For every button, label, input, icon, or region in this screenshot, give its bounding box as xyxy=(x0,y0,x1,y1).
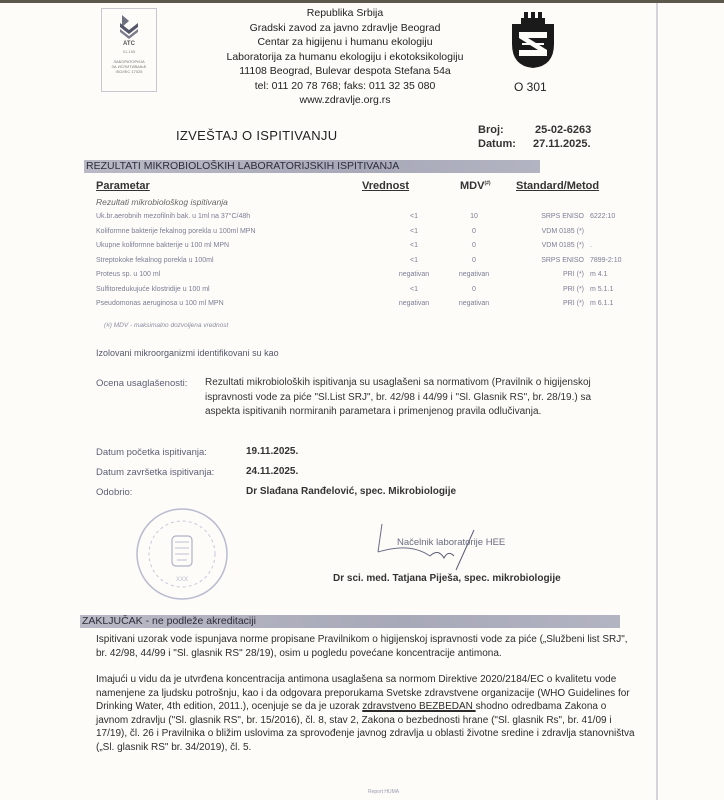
end-date-value: 24.11.2025. xyxy=(246,466,298,477)
table-row: Proteus sp. u 100 mlnegativannegativanPR… xyxy=(0,271,724,285)
value-cell: <1 xyxy=(384,286,444,293)
column-parameter: Parametar xyxy=(96,180,150,192)
value-cell: <1 xyxy=(384,242,444,249)
accreditation-line: ISO/IEC 17025 xyxy=(112,69,147,74)
report-title: IZVEŠTAJ O ISPITIVANJU xyxy=(176,128,337,143)
mdv-cell: 0 xyxy=(444,257,504,264)
mdv-cell: 10 xyxy=(444,213,504,220)
svg-text:XXX: XXX xyxy=(176,577,188,583)
value-cell: <1 xyxy=(384,228,444,235)
accreditation-chevron-icon xyxy=(118,13,140,39)
standard-cell: VDM 0185 (*) xyxy=(500,228,584,235)
standard-cell: VDM 0185 (*) xyxy=(500,242,584,249)
standard-cell: SRPS ENISO xyxy=(500,257,584,264)
document-page: ATC 01-155 ЛАБОРАТОРИЈА ЗА ИСПИТИВАЊЕ IS… xyxy=(0,0,724,800)
org-address: 11108 Beograd, Bulevar despota Stefana 5… xyxy=(200,64,490,79)
conclusion-paragraph-1: Ispitivani uzorak vode ispunjava norme p… xyxy=(96,633,636,660)
org-country: Republika Srbija xyxy=(200,6,490,21)
value-cell: <1 xyxy=(384,257,444,264)
column-mdv-label: MDV xyxy=(460,180,484,192)
value-cell: negativan xyxy=(384,271,444,278)
method-cell: m 5.1.1 xyxy=(590,286,613,293)
report-date-value: 27.11.2025. xyxy=(533,138,591,150)
column-standard: Standard/Metod xyxy=(516,180,599,192)
start-date-value: 19.11.2025. xyxy=(246,446,298,457)
conclusion-paragraph-2: Imajući u vidu da je utvrđena koncentrac… xyxy=(96,673,636,754)
table-row: Streptokoke fekalnog porekla u 100ml<10S… xyxy=(0,257,724,271)
parameter-cell: Koliformne bakterije fekalnog porekla u … xyxy=(96,228,256,235)
table-row: Pseudomonas aeruginosa u 100 ml MPNnegat… xyxy=(0,300,724,314)
parameter-cell: Pseudomonas aeruginosa u 100 ml MPN xyxy=(96,300,224,307)
mdv-cell: 0 xyxy=(444,228,504,235)
parameter-cell: Proteus sp. u 100 ml xyxy=(96,271,160,278)
footer-note: Report HUMA xyxy=(368,789,399,795)
table-row: Sulfitoredukujuće klostridije u 100 ml<1… xyxy=(0,286,724,300)
report-number-value: 25-02-6263 xyxy=(535,124,591,136)
accreditation-logo: ATC 01-155 ЛАБОРАТОРИЈА ЗА ИСПИТИВАЊЕ IS… xyxy=(101,8,157,92)
assessment-text: Rezultati mikrobioloških ispitivanja su … xyxy=(205,376,625,420)
parameter-cell: Streptokoke fekalnog porekla u 100ml xyxy=(96,257,214,264)
mdv-cell: 0 xyxy=(444,286,504,293)
org-phone: tel: 011 20 78 768; faks: 011 32 35 080 xyxy=(200,79,490,94)
method-cell: 6222:10 xyxy=(590,213,615,220)
column-mdv: MDV(#) xyxy=(460,180,491,192)
standard-cell: PRI (*) xyxy=(500,300,584,307)
isolated-organisms-note: Izolovani mikroorganizmi identifikovani … xyxy=(96,348,279,358)
column-value: Vrednost xyxy=(362,180,409,192)
mdv-cell: 0 xyxy=(444,242,504,249)
column-mdv-footnote-mark: (#) xyxy=(484,180,490,186)
value-cell: <1 xyxy=(384,213,444,220)
start-date-label: Datum početka ispitivanja: xyxy=(96,447,207,458)
org-institute: Gradski zavod za javno zdravlje Beograd xyxy=(200,21,490,36)
results-subheading: Rezultati mikrobiološkog ispitivanja xyxy=(96,197,228,207)
org-laboratory: Laboratorija za humanu ekologiju i ekoto… xyxy=(200,50,490,65)
document-code: O 301 xyxy=(514,80,547,94)
belgrade-coat-of-arms-icon xyxy=(508,10,558,70)
value-cell: negativan xyxy=(384,300,444,307)
assessment-label: Ocena usaglašenosti: xyxy=(96,378,187,389)
approved-by-label: Odobrio: xyxy=(96,487,132,498)
signatory-name: Dr sci. med. Tatjana Piješa, spec. mikro… xyxy=(333,573,561,584)
round-official-stamp-icon: XXX xyxy=(132,506,232,602)
method-cell: m 6.1.1 xyxy=(590,300,613,307)
table-row: Uk.br.aerobnih mezofilnih bak. u 1ml na … xyxy=(0,213,724,227)
accreditation-code: 01-155 xyxy=(123,49,135,54)
accreditation-label: ATC xyxy=(123,41,135,47)
standard-cell: PRI (*) xyxy=(500,271,584,278)
organization-header: Republika Srbija Gradski zavod za javno … xyxy=(200,6,490,108)
end-date-label: Datum završetka ispitivanja: xyxy=(96,467,214,478)
org-center: Centar za higijenu i humanu ekologiju xyxy=(200,35,490,50)
mdv-footnote: (#) MDV - maksimalno dozvoljena vrednost xyxy=(104,322,228,329)
standard-cell: SRPS ENISO xyxy=(500,213,584,220)
report-number-label: Broj: xyxy=(478,124,504,136)
table-row: Ukupne koliformne bakterije u 100 ml MPN… xyxy=(0,242,724,256)
mdv-cell: negativan xyxy=(444,271,504,278)
parameter-cell: Ukupne koliformne bakterije u 100 ml MPN xyxy=(96,242,229,249)
org-website: www.zdravlje.org.rs xyxy=(200,93,490,108)
results-section-header: REZULTATI MIKROBIOLOŠKIH LABORATORIJSKIH… xyxy=(84,160,540,173)
parameter-cell: Uk.br.aerobnih mezofilnih bak. u 1ml na … xyxy=(96,213,250,220)
accreditation-description: ЛАБОРАТОРИЈА ЗА ИСПИТИВАЊЕ ISO/IEC 17025 xyxy=(112,59,147,74)
method-cell: 7899-2:10 xyxy=(590,257,622,264)
table-row: Koliformne bakterije fekalnog porekla u … xyxy=(0,228,724,242)
approved-by-value: Dr Slađana Ranđelović, spec. Mikrobiolog… xyxy=(246,486,456,497)
standard-cell: PRI (*) xyxy=(500,286,584,293)
safety-verdict: zdravstveno BEZBEDAN xyxy=(362,701,475,712)
mdv-cell: negativan xyxy=(444,300,504,307)
signatory-title: Načelnik laboratorije HEE xyxy=(397,537,505,548)
method-cell: m 4.1 xyxy=(590,271,608,278)
parameter-cell: Sulfitoredukujuće klostridije u 100 ml xyxy=(96,286,210,293)
method-cell: . xyxy=(590,242,592,249)
conclusion-section-header: ZAKLJUČAK - ne podleže akreditaciji xyxy=(80,615,620,628)
report-date-label: Datum: xyxy=(478,138,516,150)
